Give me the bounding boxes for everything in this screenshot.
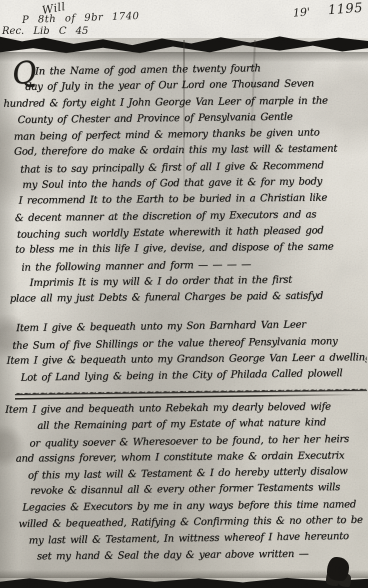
- manuscript-line: hundred & forty eight I John George Van …: [3, 95, 363, 115]
- manuscript-line: set my hand & Seal the day & year above …: [37, 548, 368, 567]
- annotation-page-number: 1195: [328, 1, 364, 18]
- manuscript-body: In the Name of god amen the twenty fourt…: [1, 62, 368, 568]
- document-scan: Will P 8th of 9br 1740 Rec. Lib C 45 19'…: [0, 0, 368, 588]
- manuscript-line: place all my just Debts & funeral Charge…: [10, 290, 366, 310]
- manuscript-line: Legacies & Executors by me in any ways b…: [22, 499, 368, 519]
- manuscript-line-item-bequest: Item I give and bequeath unto Rebekah my…: [5, 401, 367, 421]
- annotation-folio-mark: 19': [293, 5, 311, 19]
- ink-blot: [327, 557, 349, 581]
- annotation-probate-date: P 8th of 9br 1740: [22, 11, 140, 26]
- bottom-scan-shadow: [0, 570, 368, 578]
- annotation-record-book: Rec. Lib C 45: [2, 26, 88, 37]
